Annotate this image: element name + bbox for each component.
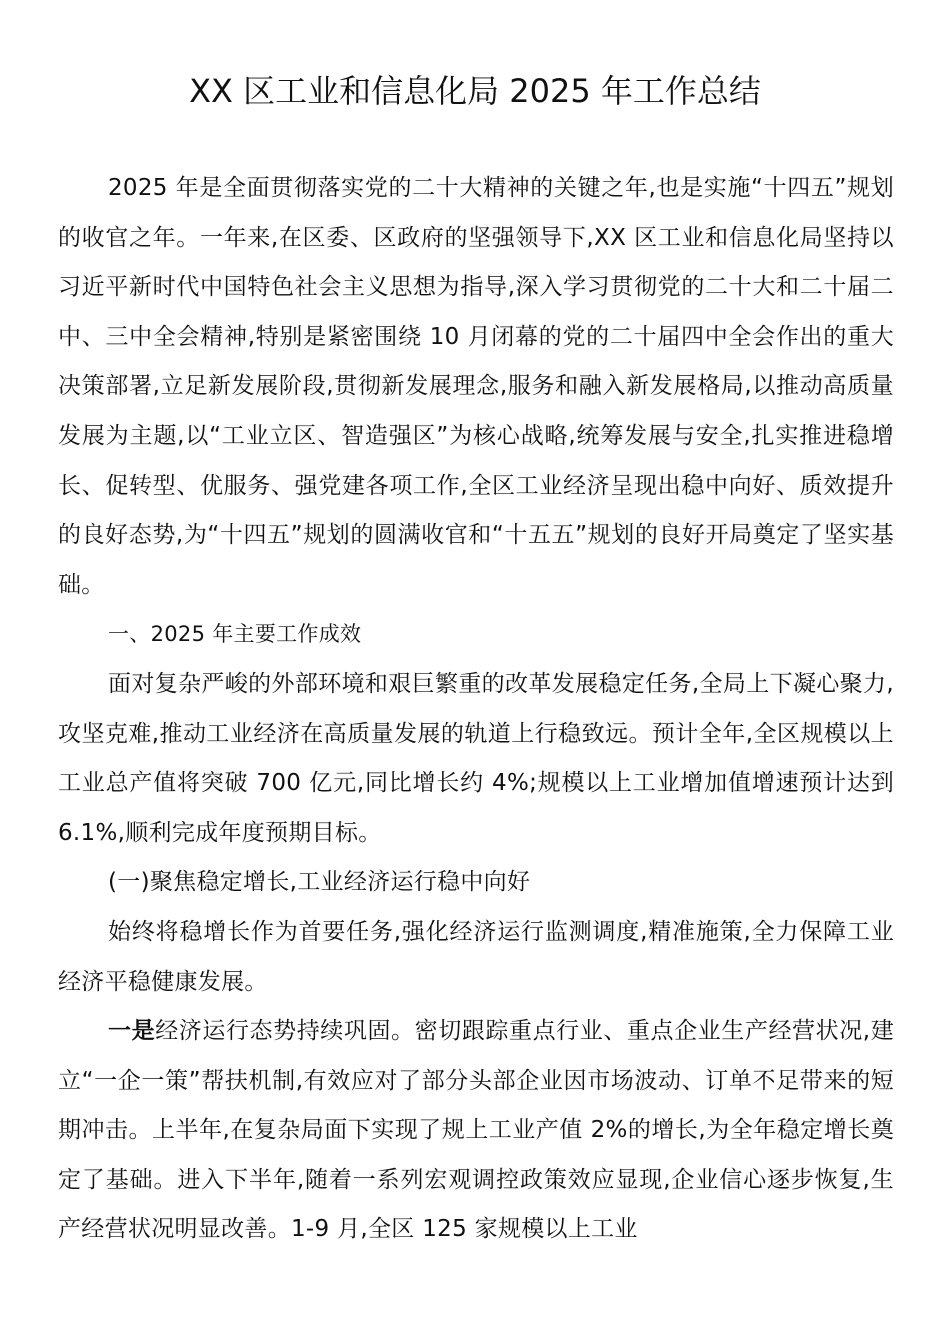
intro-paragraph: 2025 年是全面贯彻落实党的二十大精神的关键之年,也是实施“十四五”规划的收官… [58, 164, 894, 610]
document-title: XX 区工业和信息化局 2025 年工作总结 [0, 66, 950, 116]
subsection-heading: (一)聚焦稳定增长,工业经济运行稳中向好 [58, 858, 894, 908]
point-text: 经济运行态势持续巩固。密切跟踪重点行业、重点企业生产经营状况,建立“一企一策”帮… [58, 1018, 894, 1242]
document-page: XX 区工业和信息化局 2025 年工作总结 2025 年是全面贯彻落实党的二十… [0, 0, 950, 1344]
section-paragraph: 面对复杂严峻的外部环境和艰巨繁重的改革发展稳定任务,全局上下凝心聚力,攻坚克难,… [58, 660, 894, 858]
document-body: 2025 年是全面贯彻落实党的二十大精神的关键之年,也是实施“十四五”规划的收官… [58, 164, 894, 1255]
subsection-paragraph: 始终将稳增长作为首要任务,强化经济运行监测调度,精准施策,全力保障工业经济平稳健… [58, 908, 894, 1007]
section-heading: 一、2025 年主要工作成效 [58, 610, 894, 660]
point-paragraph: 一是经济运行态势持续巩固。密切跟踪重点行业、重点企业生产经营状况,建立“一企一策… [58, 1007, 894, 1255]
point-lead: 一是 [108, 1018, 155, 1044]
